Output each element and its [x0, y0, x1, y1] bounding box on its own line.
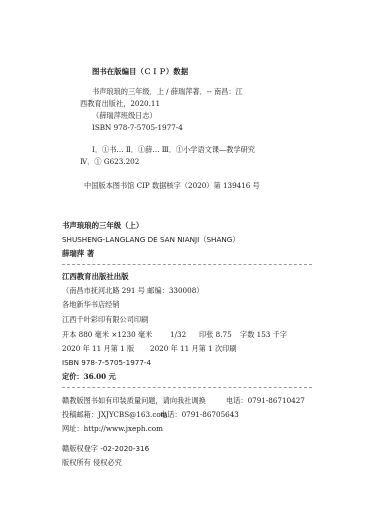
quality-notice: 赣教版图书如有印装质量问题，请向我社调换	[62, 397, 206, 404]
phone-editorial: 电话：0791-86705643	[160, 411, 239, 418]
divider-bottom	[62, 387, 312, 388]
book-title-cn: 书声琅琅的三年级（上）	[62, 222, 143, 229]
copyright-registration: 赣版权登字 -02-2020-316	[62, 445, 149, 452]
cip-subject-line-2: Ⅳ．① G623.202	[80, 158, 139, 165]
book-title-pinyin: SHUSHENG-LANGLANG DE SAN NIANJI（SHANG）	[62, 236, 240, 243]
publisher-address: （南昌市抚河北路 291 号 邮编：330008）	[62, 287, 203, 294]
cip-line-1: 书声琅琅的三年级．上 / 薛瑞萍著．-- 南昌：江	[92, 88, 243, 95]
spec-sheets: 印张 8.75	[199, 331, 232, 338]
printing: 2020 年 11 月第 1 次印刷	[150, 345, 237, 352]
spec-words: 字数 153 千字	[240, 331, 287, 338]
divider-top	[62, 264, 312, 265]
printer: 江西千叶彩印有限公司印刷	[62, 316, 148, 323]
phone-service: 电话：0791-86710427	[226, 397, 305, 404]
cip-library-record: 中国版本图书馆 CIP 数据核字（2020）第 139416 号	[84, 182, 260, 189]
cip-heading: 图书在版编目（ＣＩＰ）数据	[92, 68, 188, 75]
publication-isbn: ISBN 978-7-5705-1977-4	[62, 359, 151, 366]
cip-isbn: ISBN 978-7-5705-1977-4	[92, 124, 183, 131]
edition: 2020 年 11 月第 1 版	[62, 345, 134, 352]
website: 网址：http://www.jxeph.com	[62, 425, 163, 432]
publisher: 江西教育出版社出版	[62, 273, 129, 280]
distributor: 各地新华书店经销	[62, 301, 120, 308]
spec-fold: 1/32	[170, 331, 186, 338]
cip-series: （薛瑞萍班级日志）	[92, 112, 157, 119]
copyright-notice: 版权所有 侵权必究	[62, 459, 122, 466]
book-author: 薛瑞萍 著	[62, 250, 94, 257]
submission-email: 投稿邮箱：JXJYCBS@163.com	[62, 411, 168, 418]
cip-subject-line-1: Ⅰ．①书… Ⅱ．①薛… Ⅲ．①小学语文课—教学研究	[92, 146, 255, 153]
cip-line-2: 西教育出版社，2020.11	[80, 100, 160, 107]
price: 定价：36.00 元	[62, 373, 116, 380]
spec-format: 开本 880 毫米 ×1230 毫米	[62, 331, 152, 338]
